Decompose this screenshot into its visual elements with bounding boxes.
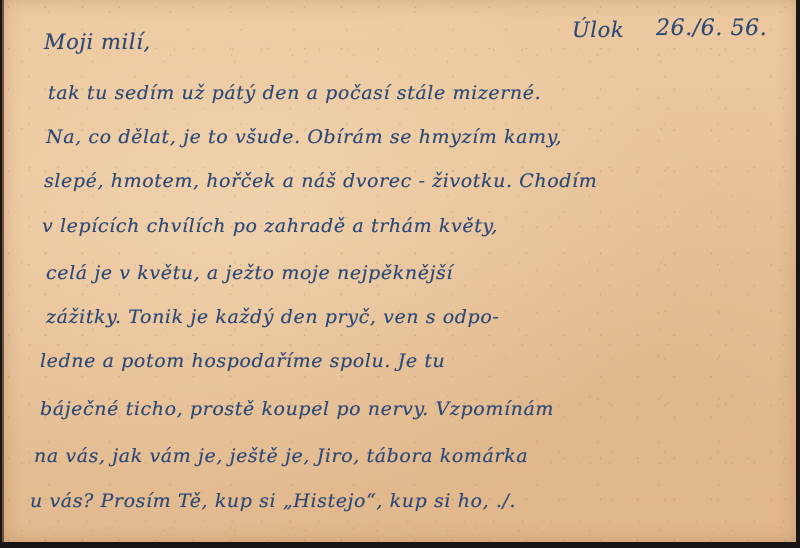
- text-line-6: zážitky. Tonik je každý den pryč, ven s …: [46, 306, 499, 328]
- text-line-5: celá je v květu, a ježto moje nejpěknějš…: [46, 262, 453, 284]
- text-line-9: na vás, jak vám je, ještě je, Jiro, tábo…: [34, 445, 528, 467]
- date: 26./6. 56.: [656, 16, 767, 41]
- text-line-7: ledne a potom hospodaříme spolu. Je tu: [40, 350, 445, 372]
- text-line-2: Na, co dělat, je to všude. Obírám se hmy…: [46, 126, 562, 148]
- text-line-1: tak tu sedím už pátý den a počasí stále …: [48, 82, 541, 104]
- place-name: Úlok: [572, 18, 624, 42]
- text-line-10: u vás? Prosím Tě, kup si „Histejo“, kup …: [30, 490, 516, 512]
- greeting: Moji milí,: [44, 30, 151, 54]
- postcard: Moji milí, Úlok 26./6. 56. tak tu sedím …: [2, 0, 796, 542]
- text-line-3: slepé, hmotem, hořček a náš dvorec - živ…: [44, 170, 597, 192]
- text-line-4: v lepících chvílích po zahradě a trhám k…: [42, 215, 498, 237]
- text-line-8: báječné ticho, prostě koupel po nervy. V…: [40, 398, 554, 420]
